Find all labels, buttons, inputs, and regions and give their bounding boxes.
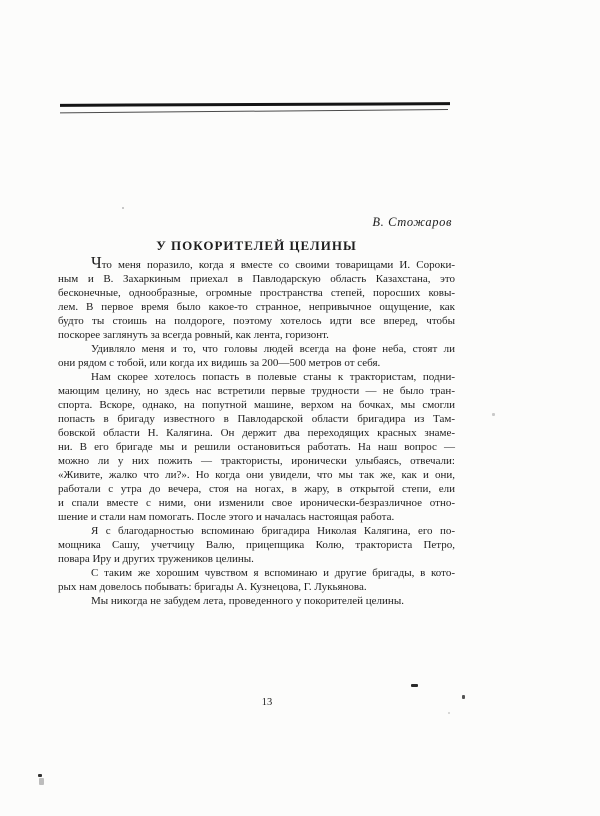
scan-artifact [462,695,465,699]
body-line: они рядом с тобой, или когда их видишь з… [58,356,455,370]
body-line: Я с благодарностью вспоминаю бригадира Н… [58,524,455,538]
paragraph: Удивляло меня и то, что головы людей все… [58,342,455,370]
body-line: Что меня поразило, когда я вместе со сво… [58,258,455,272]
body-line: работали с утра до вечера, стоя на ногах… [58,482,455,496]
scan-artifact [38,774,42,777]
body-line: бовской области Н. Калягина. Он держит д… [58,426,455,440]
body-line: спорта. Вскоре, однако, на попутной маши… [58,398,455,412]
scan-artifact [411,684,418,687]
body-line: мощника Сашу, учетчицу Валю, прицепщика … [58,538,455,552]
body-line: и спали вместе с ними, они изменили свое… [58,496,455,510]
page-number: 13 [58,697,455,708]
scan-artifact [492,413,495,416]
body-line: С таким же хорошим чувством я вспоминаю … [58,566,455,580]
body-line: Удивляло меня и то, что головы людей все… [58,342,455,356]
author-byline: В. Стожаров [58,215,452,230]
header-rule-thin [60,109,448,113]
body-line: повара Иру и других тружеников целины. [58,552,455,566]
scan-artifact [39,778,44,785]
body-line: ным и В. Захаркиным приехал в Павлодарск… [58,272,455,286]
paragraph: Что меня поразило, когда я вместе со сво… [58,258,455,342]
body-line: ни. В его бригаде мы и решили остановить… [58,440,455,454]
body-line: мающим целину, но здесь нас встретили пе… [58,384,455,398]
article-title: У ПОКОРИТЕЛЕЙ ЦЕЛИНЫ [58,238,455,254]
header-rule-thick [60,102,450,106]
book-page: В. Стожаров У ПОКОРИТЕЛЕЙ ЦЕЛИНЫ Что мен… [0,0,600,816]
body-line: можно ли у них пожить — трактористы, иро… [58,454,455,468]
body-line: лем. В первое время было какое-то странн… [58,300,455,314]
paragraph: Нам скорее хотелось попасть в полевые ст… [58,370,455,524]
body-line: рых нам довелось побывать: бригады А. Ку… [58,580,455,594]
initial-capital: Ч [91,253,102,272]
body-line: шение и стали нам помогать. После этого … [58,510,455,524]
body-line: «Живите, жалко что ли?». Но когда они ув… [58,468,455,482]
body-text: Что меня поразило, когда я вместе со сво… [58,258,455,608]
body-line: Нам скорее хотелось попасть в полевые ст… [58,370,455,384]
paragraph: С таким же хорошим чувством я вспоминаю … [58,566,455,594]
paragraph: Мы никогда не забудем лета, проведенного… [58,594,455,608]
body-line: попасть в бригаду известного в Павлодарс… [58,412,455,426]
paragraph: Я с благодарностью вспоминаю бригадира Н… [58,524,455,566]
body-line: поскорее заглянуть за всегда ровный, как… [58,328,455,342]
body-line: Мы никогда не забудем лета, проведенного… [58,594,455,608]
scan-artifact [448,712,450,714]
body-line: будто ты стоишь на полдороге, поэтому хо… [58,314,455,328]
body-line: бесконечные, однообразные, огромные прос… [58,286,455,300]
scan-artifact [122,207,124,209]
